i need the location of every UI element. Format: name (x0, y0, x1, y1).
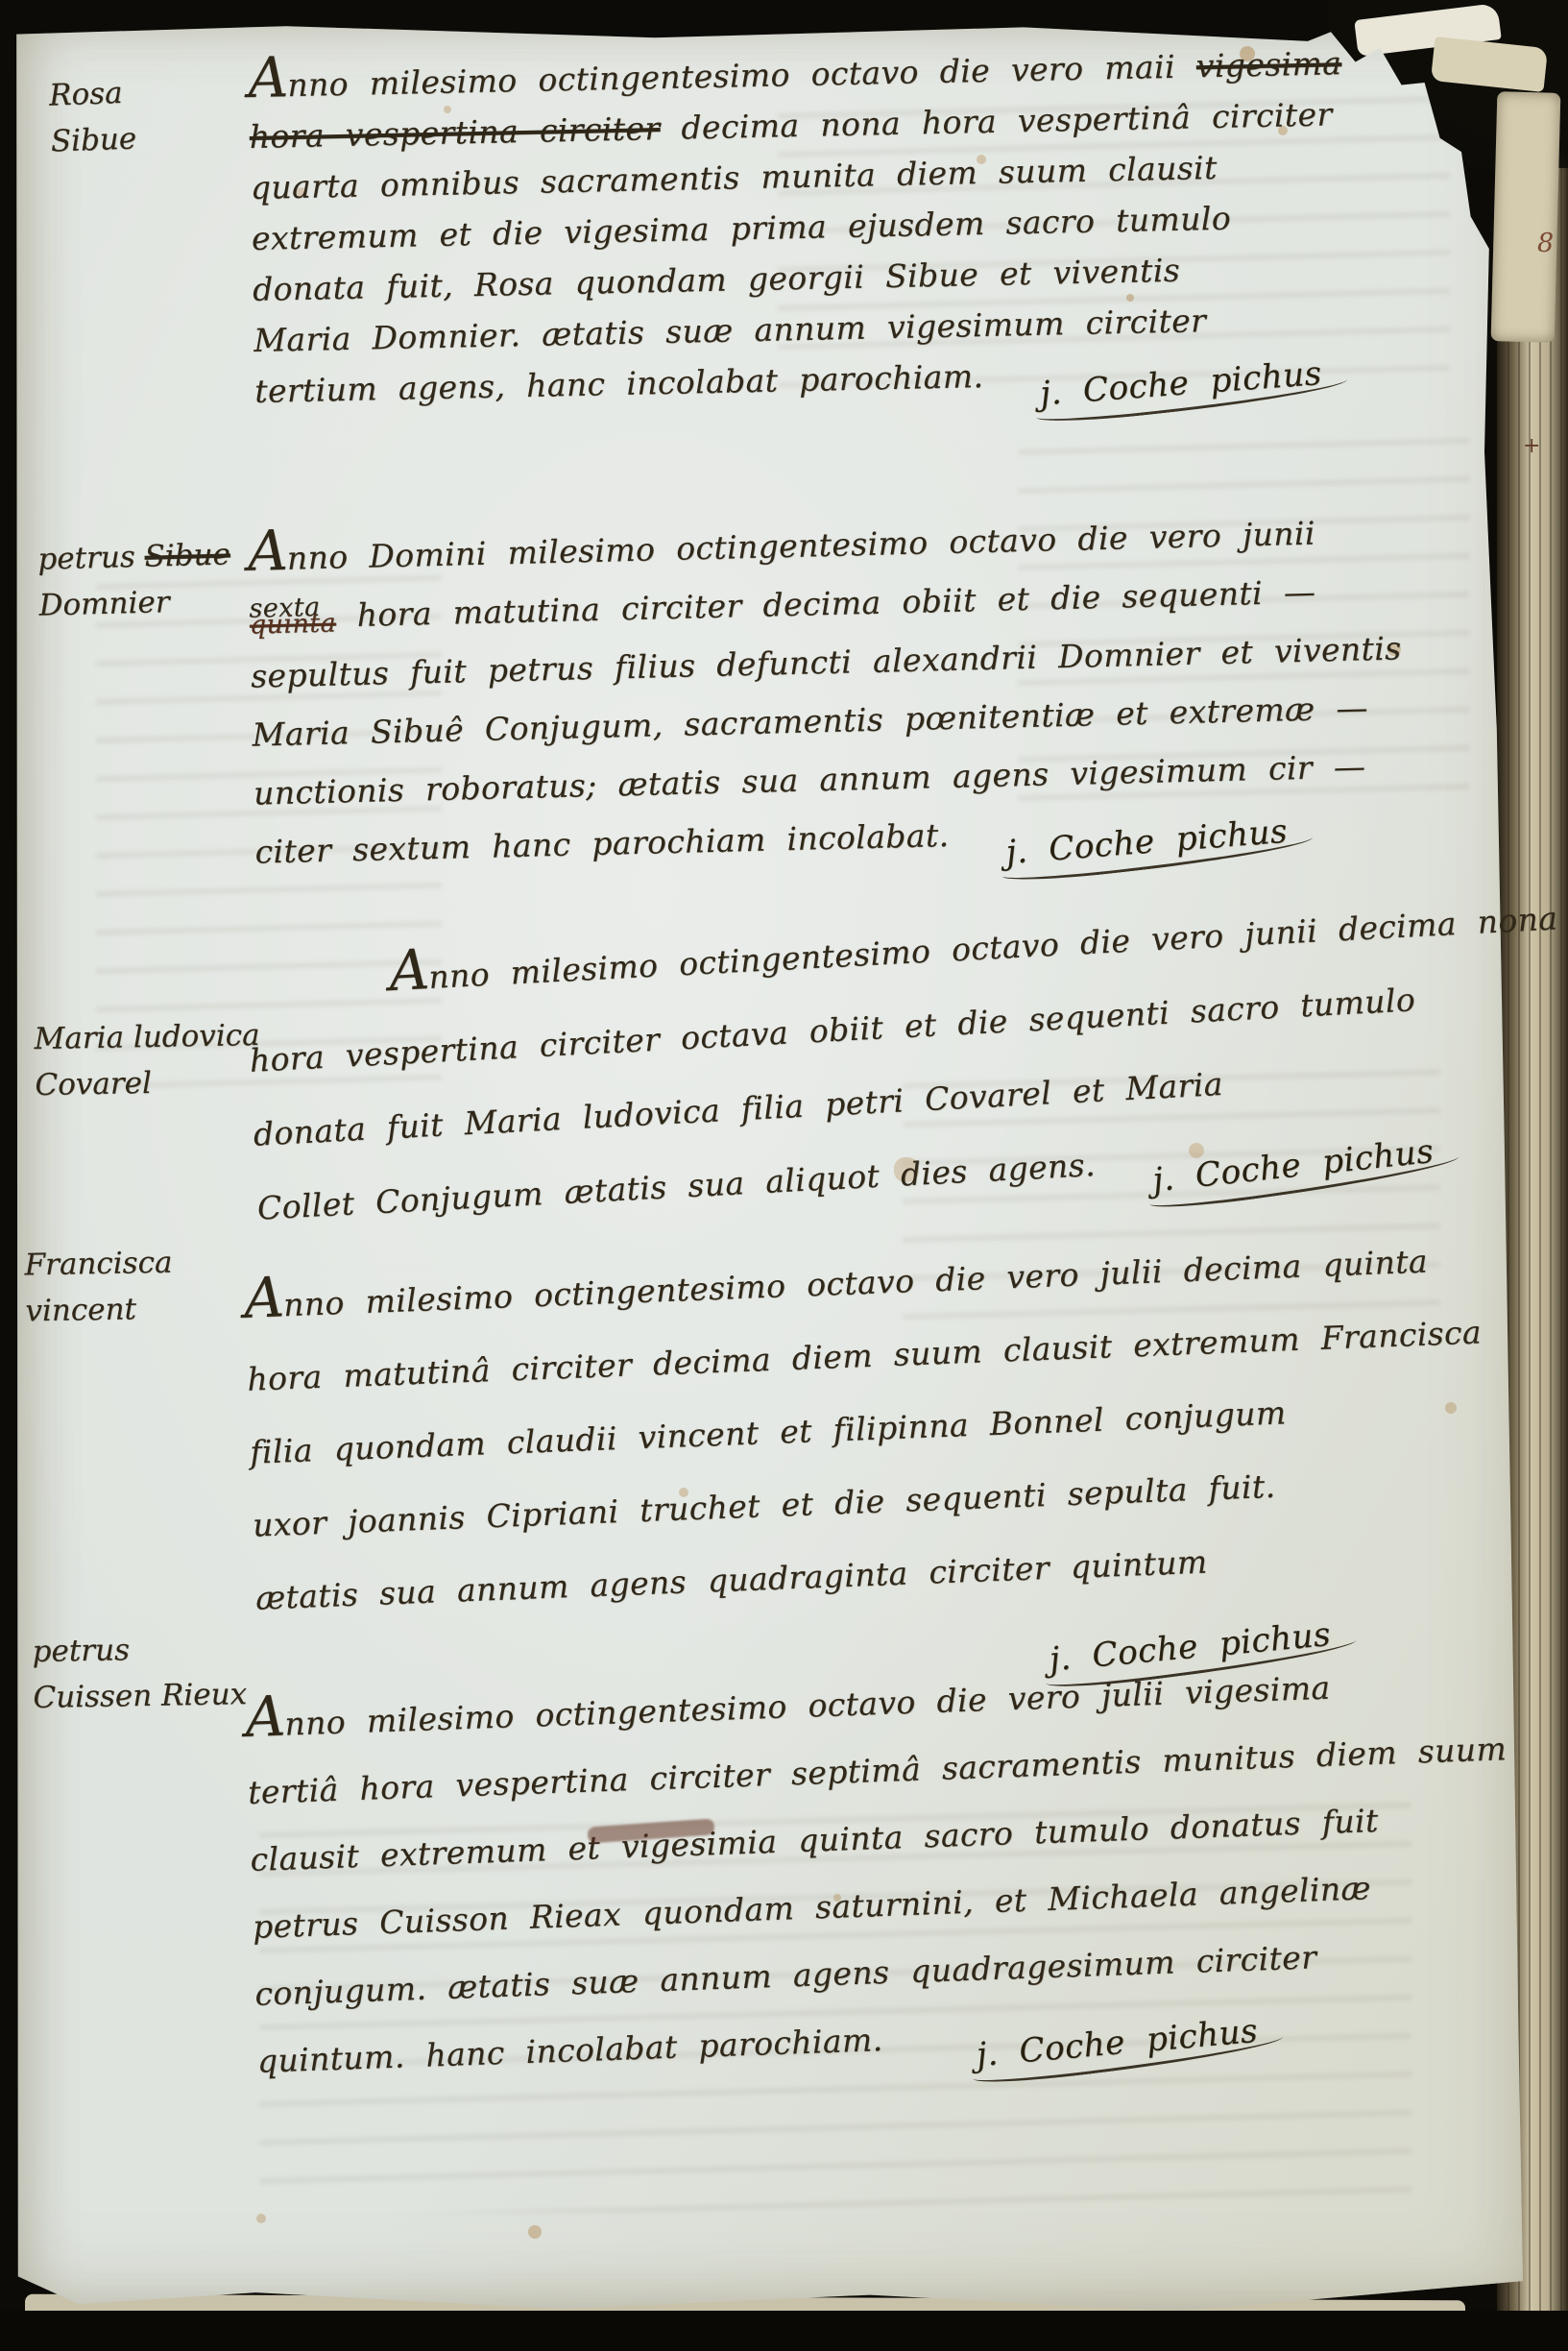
register-entry: petrusCuissen RieuxAnno milesimo octinge… (0, 0, 1568, 2351)
handwritten-text: Cuissen Rieux (33, 1677, 247, 1715)
handwritten-text: petrus (32, 1633, 130, 1669)
entry-body: Anno milesimo octingentesimo octavo die … (245, 1662, 1517, 2110)
scan-background (0, 2311, 1568, 2351)
scanned-register-page: RosaSibueAnno milesimo octingentesimo oc… (0, 0, 1568, 2351)
margin-name-line: Cuissen Rieux (33, 1671, 247, 1721)
page-edge-mark: + (1523, 434, 1540, 458)
priest-signature: j. Coche pichus (975, 2012, 1259, 2074)
margin-name: petrusCuissen Rieux (32, 1625, 247, 1721)
handwritten-text: nno milesimo octingentesimo octavo die v… (284, 1669, 1331, 1743)
decorated-initial: A (244, 1684, 285, 1750)
page-edge-number: 8 (1537, 229, 1554, 258)
margin-name-line: petrus (32, 1625, 246, 1675)
